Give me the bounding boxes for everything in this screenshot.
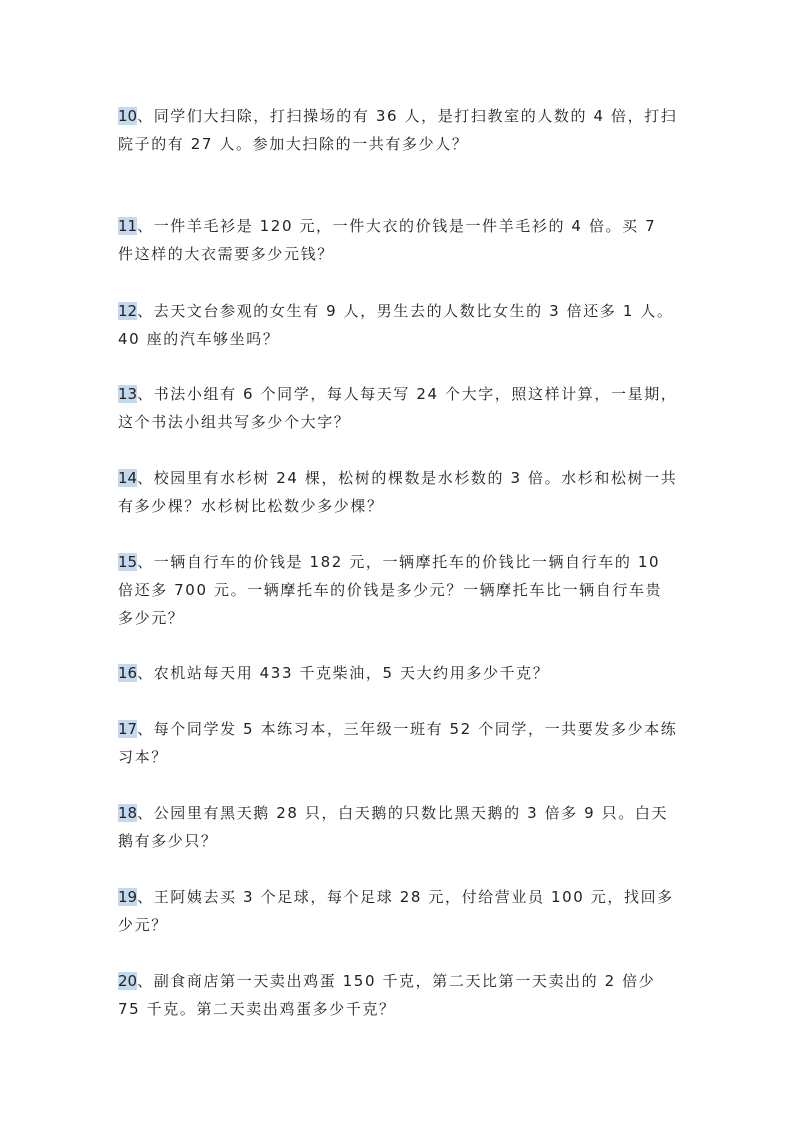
question-number: 17 <box>118 720 137 738</box>
q18: 18、公园里有黑天鹅 28 只，白天鹅的只数比黑天鹅的 3 倍多 9 只。白天鹅… <box>118 799 678 855</box>
question-text: 、公园里有黑天鹅 28 只，白天鹅的只数比黑天鹅的 3 倍多 9 只。白天鹅有多… <box>118 804 668 850</box>
question-number: 18 <box>118 804 137 822</box>
question-text: 、每个同学发 5 本练习本，三年级一班有 52 个同学，一共要发多少本练习本？ <box>118 720 677 766</box>
question-text: 、同学们大扫除，打扫操场的有 36 人，是打扫教室的人数的 4 倍，打扫院子的有… <box>118 107 677 153</box>
question-text: 、一辆自行车的价钱是 182 元，一辆摩托车的价钱比一辆自行车的 10 倍还多 … <box>118 553 662 627</box>
question-number: 20 <box>118 972 137 990</box>
q20: 20、副食商店第一天卖出鸡蛋 150 千克，第二天比第一天卖出的 2 倍少 75… <box>118 967 678 1023</box>
question-number: 13 <box>118 385 137 403</box>
question-text: 、农机站每天用 433 千克柴油，5 天大约用多少千克？ <box>137 664 549 682</box>
q19: 19、王阿姨去买 3 个足球，每个足球 28 元，付给营业员 100 元，找回多… <box>118 883 678 939</box>
question-text: 、去天文台参观的女生有 9 人，男生去的人数比女生的 3 倍还多 1 人。40 … <box>118 302 674 348</box>
q14: 14、校园里有水杉树 24 棵，松树的棵数是水杉数的 3 倍。水杉和松树一共有多… <box>118 464 678 520</box>
q13: 13、书法小组有 6 个同学，每人每天写 24 个大字，照这样计算，一星期，这个… <box>118 380 678 436</box>
question-text: 、书法小组有 6 个同学，每人每天写 24 个大字，照这样计算，一星期，这个书法… <box>118 385 677 431</box>
question-number: 19 <box>118 888 137 906</box>
question-number: 15 <box>118 553 137 571</box>
question-number: 10 <box>118 107 137 125</box>
q11: 11、一件羊毛衫是 120 元，一件大衣的价钱是一件羊毛衫的 4 倍。买 7 件… <box>118 212 678 268</box>
question-number: 11 <box>118 217 137 235</box>
question-number: 12 <box>118 302 137 320</box>
q10: 10、同学们大扫除，打扫操场的有 36 人，是打扫教室的人数的 4 倍，打扫院子… <box>118 102 678 158</box>
q16: 16、农机站每天用 433 千克柴油，5 天大约用多少千克？ <box>118 659 678 687</box>
question-number: 16 <box>118 664 137 682</box>
question-text: 、王阿姨去买 3 个足球，每个足球 28 元，付给营业员 100 元，找回多少元… <box>118 888 674 934</box>
question-text: 、校园里有水杉树 24 棵，松树的棵数是水杉数的 3 倍。水杉和松树一共有多少棵… <box>118 469 677 515</box>
question-text: 、一件羊毛衫是 120 元，一件大衣的价钱是一件羊毛衫的 4 倍。买 7 件这样… <box>118 217 656 263</box>
question-number: 14 <box>118 469 137 487</box>
q15: 15、一辆自行车的价钱是 182 元，一辆摩托车的价钱比一辆自行车的 10 倍还… <box>118 548 678 632</box>
q17: 17、每个同学发 5 本练习本，三年级一班有 52 个同学，一共要发多少本练习本… <box>118 715 678 771</box>
q12: 12、去天文台参观的女生有 9 人，男生去的人数比女生的 3 倍还多 1 人。4… <box>118 297 678 353</box>
question-text: 、副食商店第一天卖出鸡蛋 150 千克，第二天比第一天卖出的 2 倍少 75 千… <box>118 972 655 1018</box>
